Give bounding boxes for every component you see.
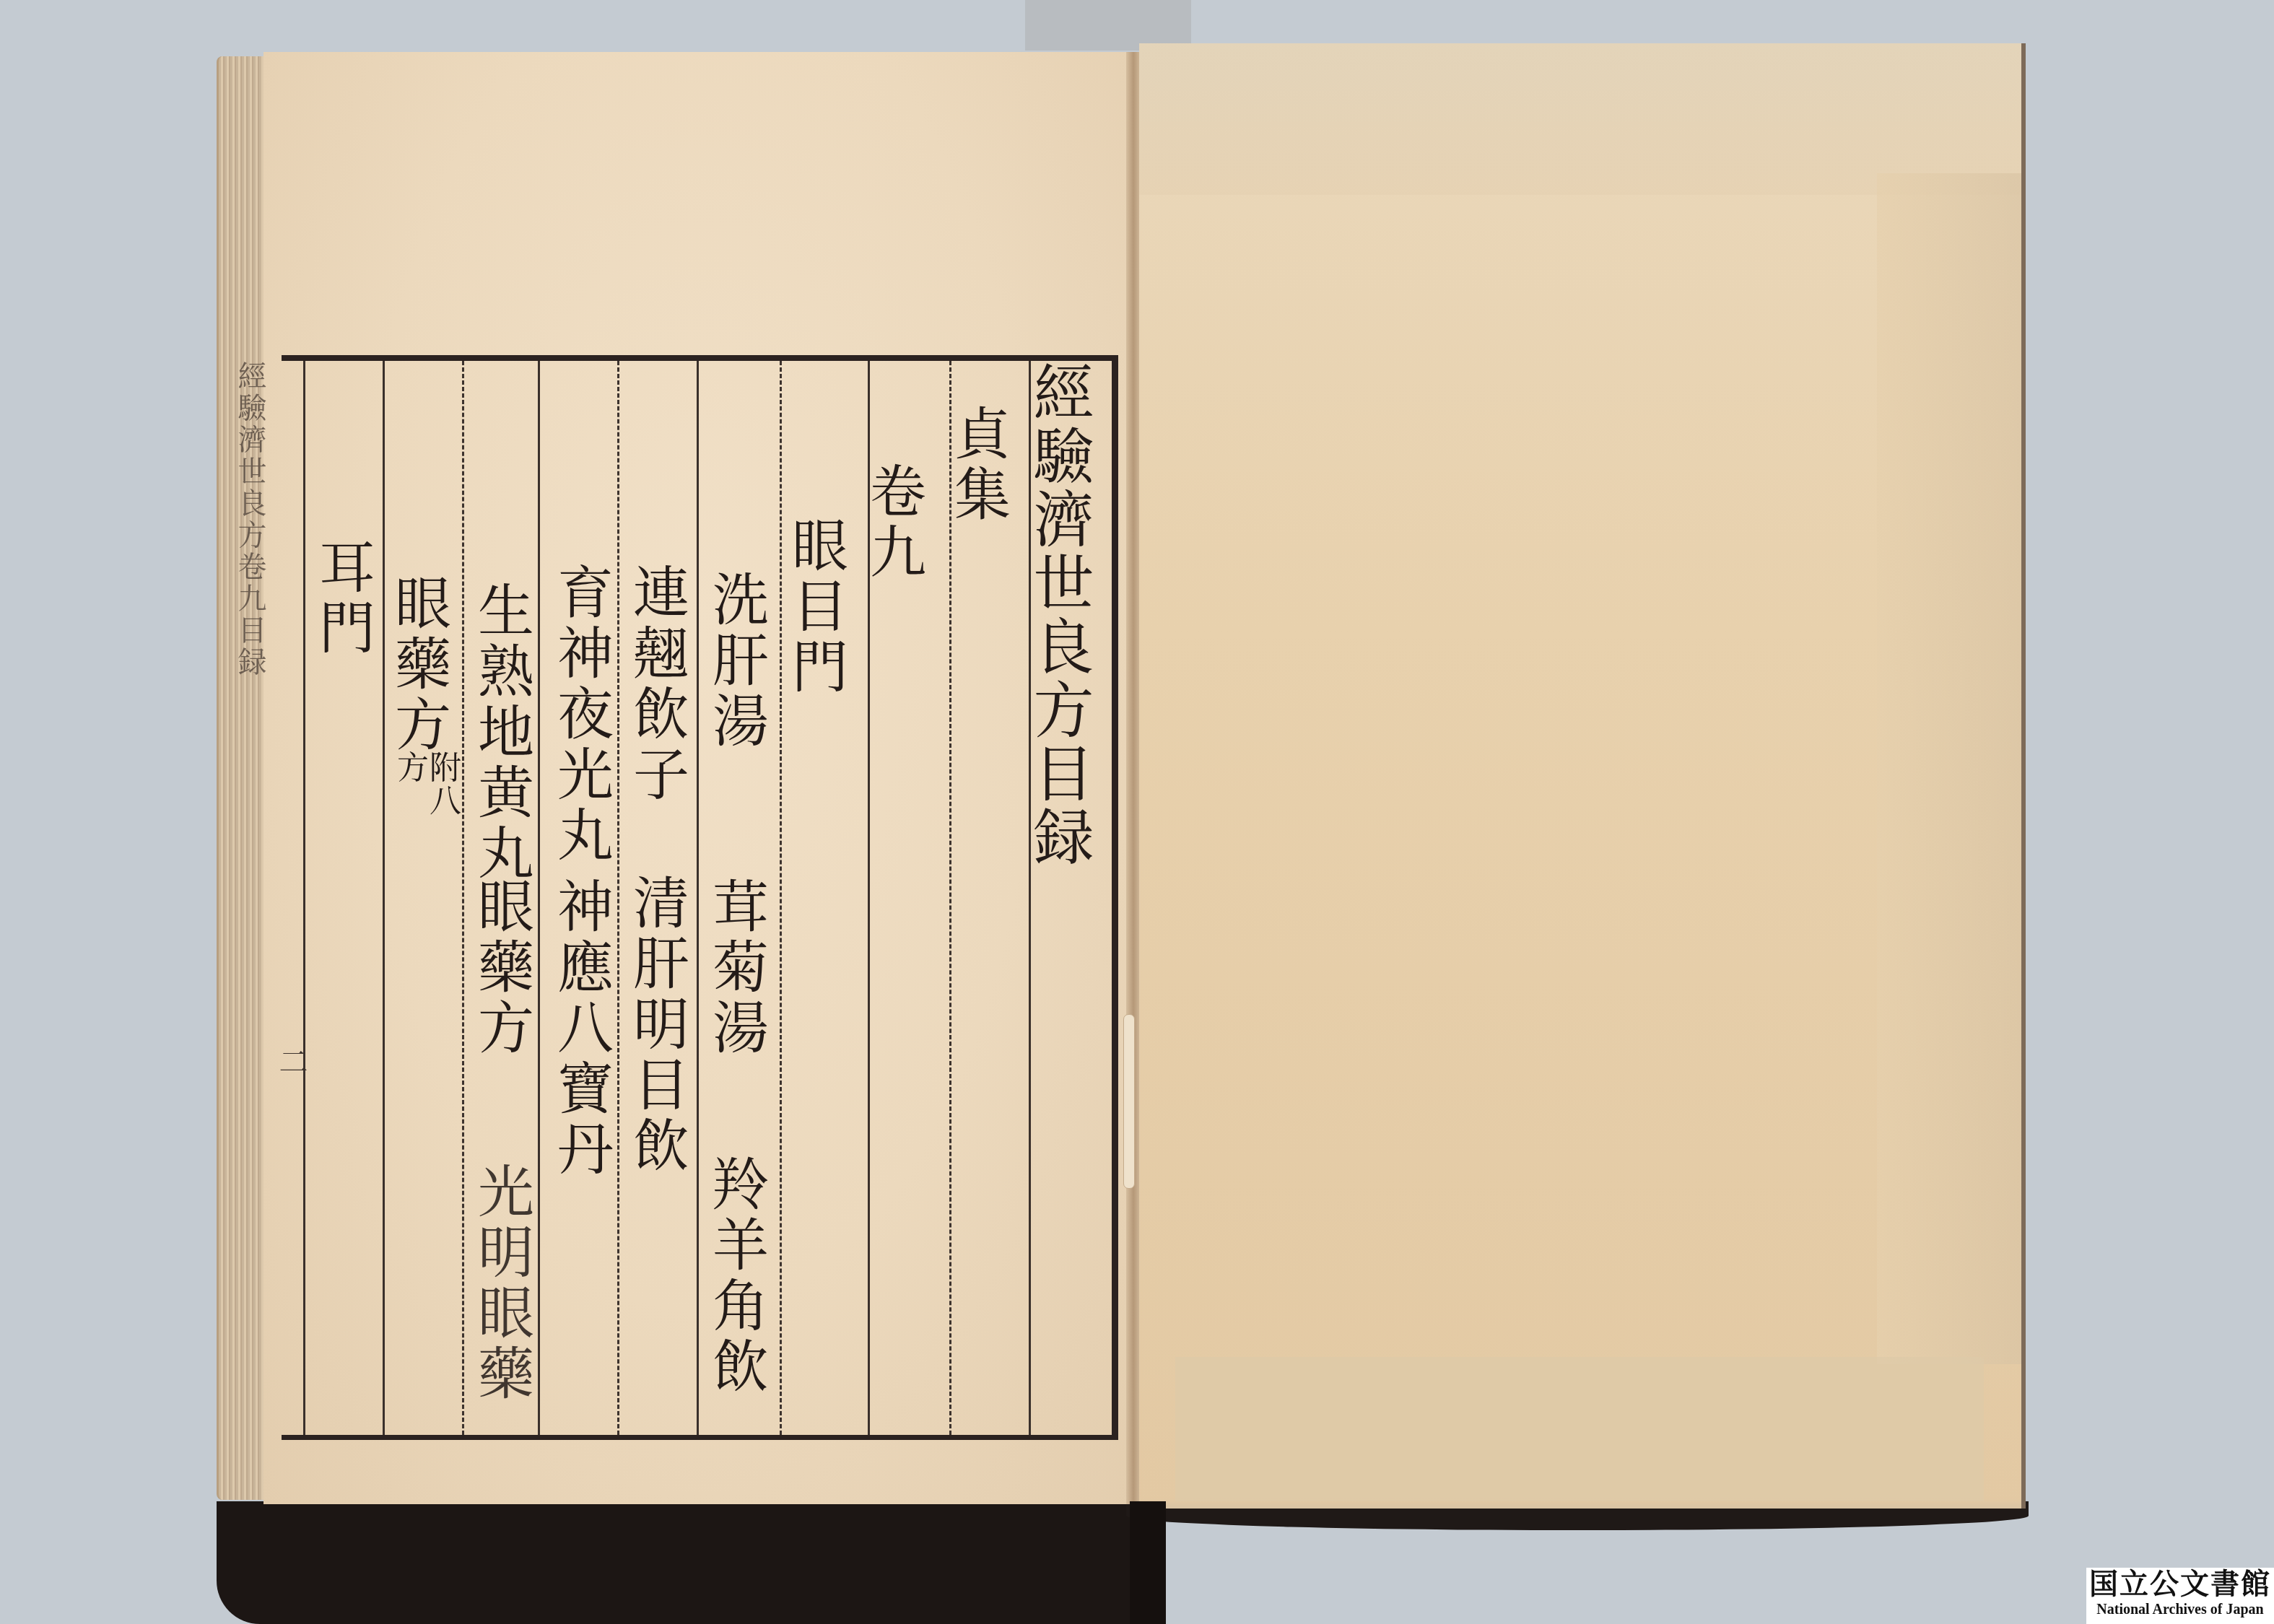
entry: 眼藥方 <box>390 574 446 756</box>
collection-label: 貞集 <box>949 404 1006 525</box>
entry: 光明眼藥 <box>473 1162 529 1405</box>
book-gutter <box>1126 52 1141 1504</box>
binding-thread <box>1123 1014 1135 1189</box>
right-page-blank <box>1139 43 2026 1509</box>
section-heading: 眼目門 <box>787 516 843 698</box>
column-rule <box>303 361 305 1435</box>
column-rule <box>780 361 782 1435</box>
paper-fold-right <box>1877 173 2021 1364</box>
margin-title: 經驗濟世良方卷九目録 <box>230 361 271 678</box>
entry: 神應八寶丹 <box>552 877 609 1180</box>
gutter-shadow <box>1130 1501 1166 1624</box>
entry: 生熟地黄丸 <box>473 581 529 884</box>
entry-note-line1: 附八 <box>426 751 458 817</box>
book-title: 經驗濟世良方目録 <box>1029 361 1089 869</box>
entry-note-line2: 方 <box>393 751 425 784</box>
page-block-edge <box>217 56 269 1500</box>
entry: 清肝明目飲 <box>628 873 684 1176</box>
entry: 羚羊角飲 <box>707 1155 764 1397</box>
entry: 洗肝湯 <box>707 570 764 752</box>
watermark-en: National Archives of Japan <box>2086 1601 2274 1618</box>
entry: 茸菊湯 <box>707 877 764 1059</box>
column-rule <box>383 361 385 1435</box>
column-rule <box>697 361 699 1435</box>
watermark-jp: 国立公文書館 <box>2086 1568 2274 1601</box>
book-shadow-left <box>217 1501 1155 1624</box>
entry: 眼藥方 <box>473 877 529 1059</box>
section-heading: 耳門 <box>314 538 370 659</box>
paper-fold-top <box>1139 43 2021 195</box>
entry: 連翹飲子 <box>628 563 684 806</box>
column-rule <box>462 361 464 1435</box>
column-rule <box>538 361 540 1435</box>
entry: 育神夜光丸 <box>552 563 609 866</box>
column-rule <box>617 361 619 1435</box>
volume-label: 卷九 <box>865 462 921 583</box>
paper-fold-bottom <box>1175 1357 1984 1501</box>
archive-watermark: 国立公文書館 National Archives of Japan <box>2086 1568 2274 1624</box>
